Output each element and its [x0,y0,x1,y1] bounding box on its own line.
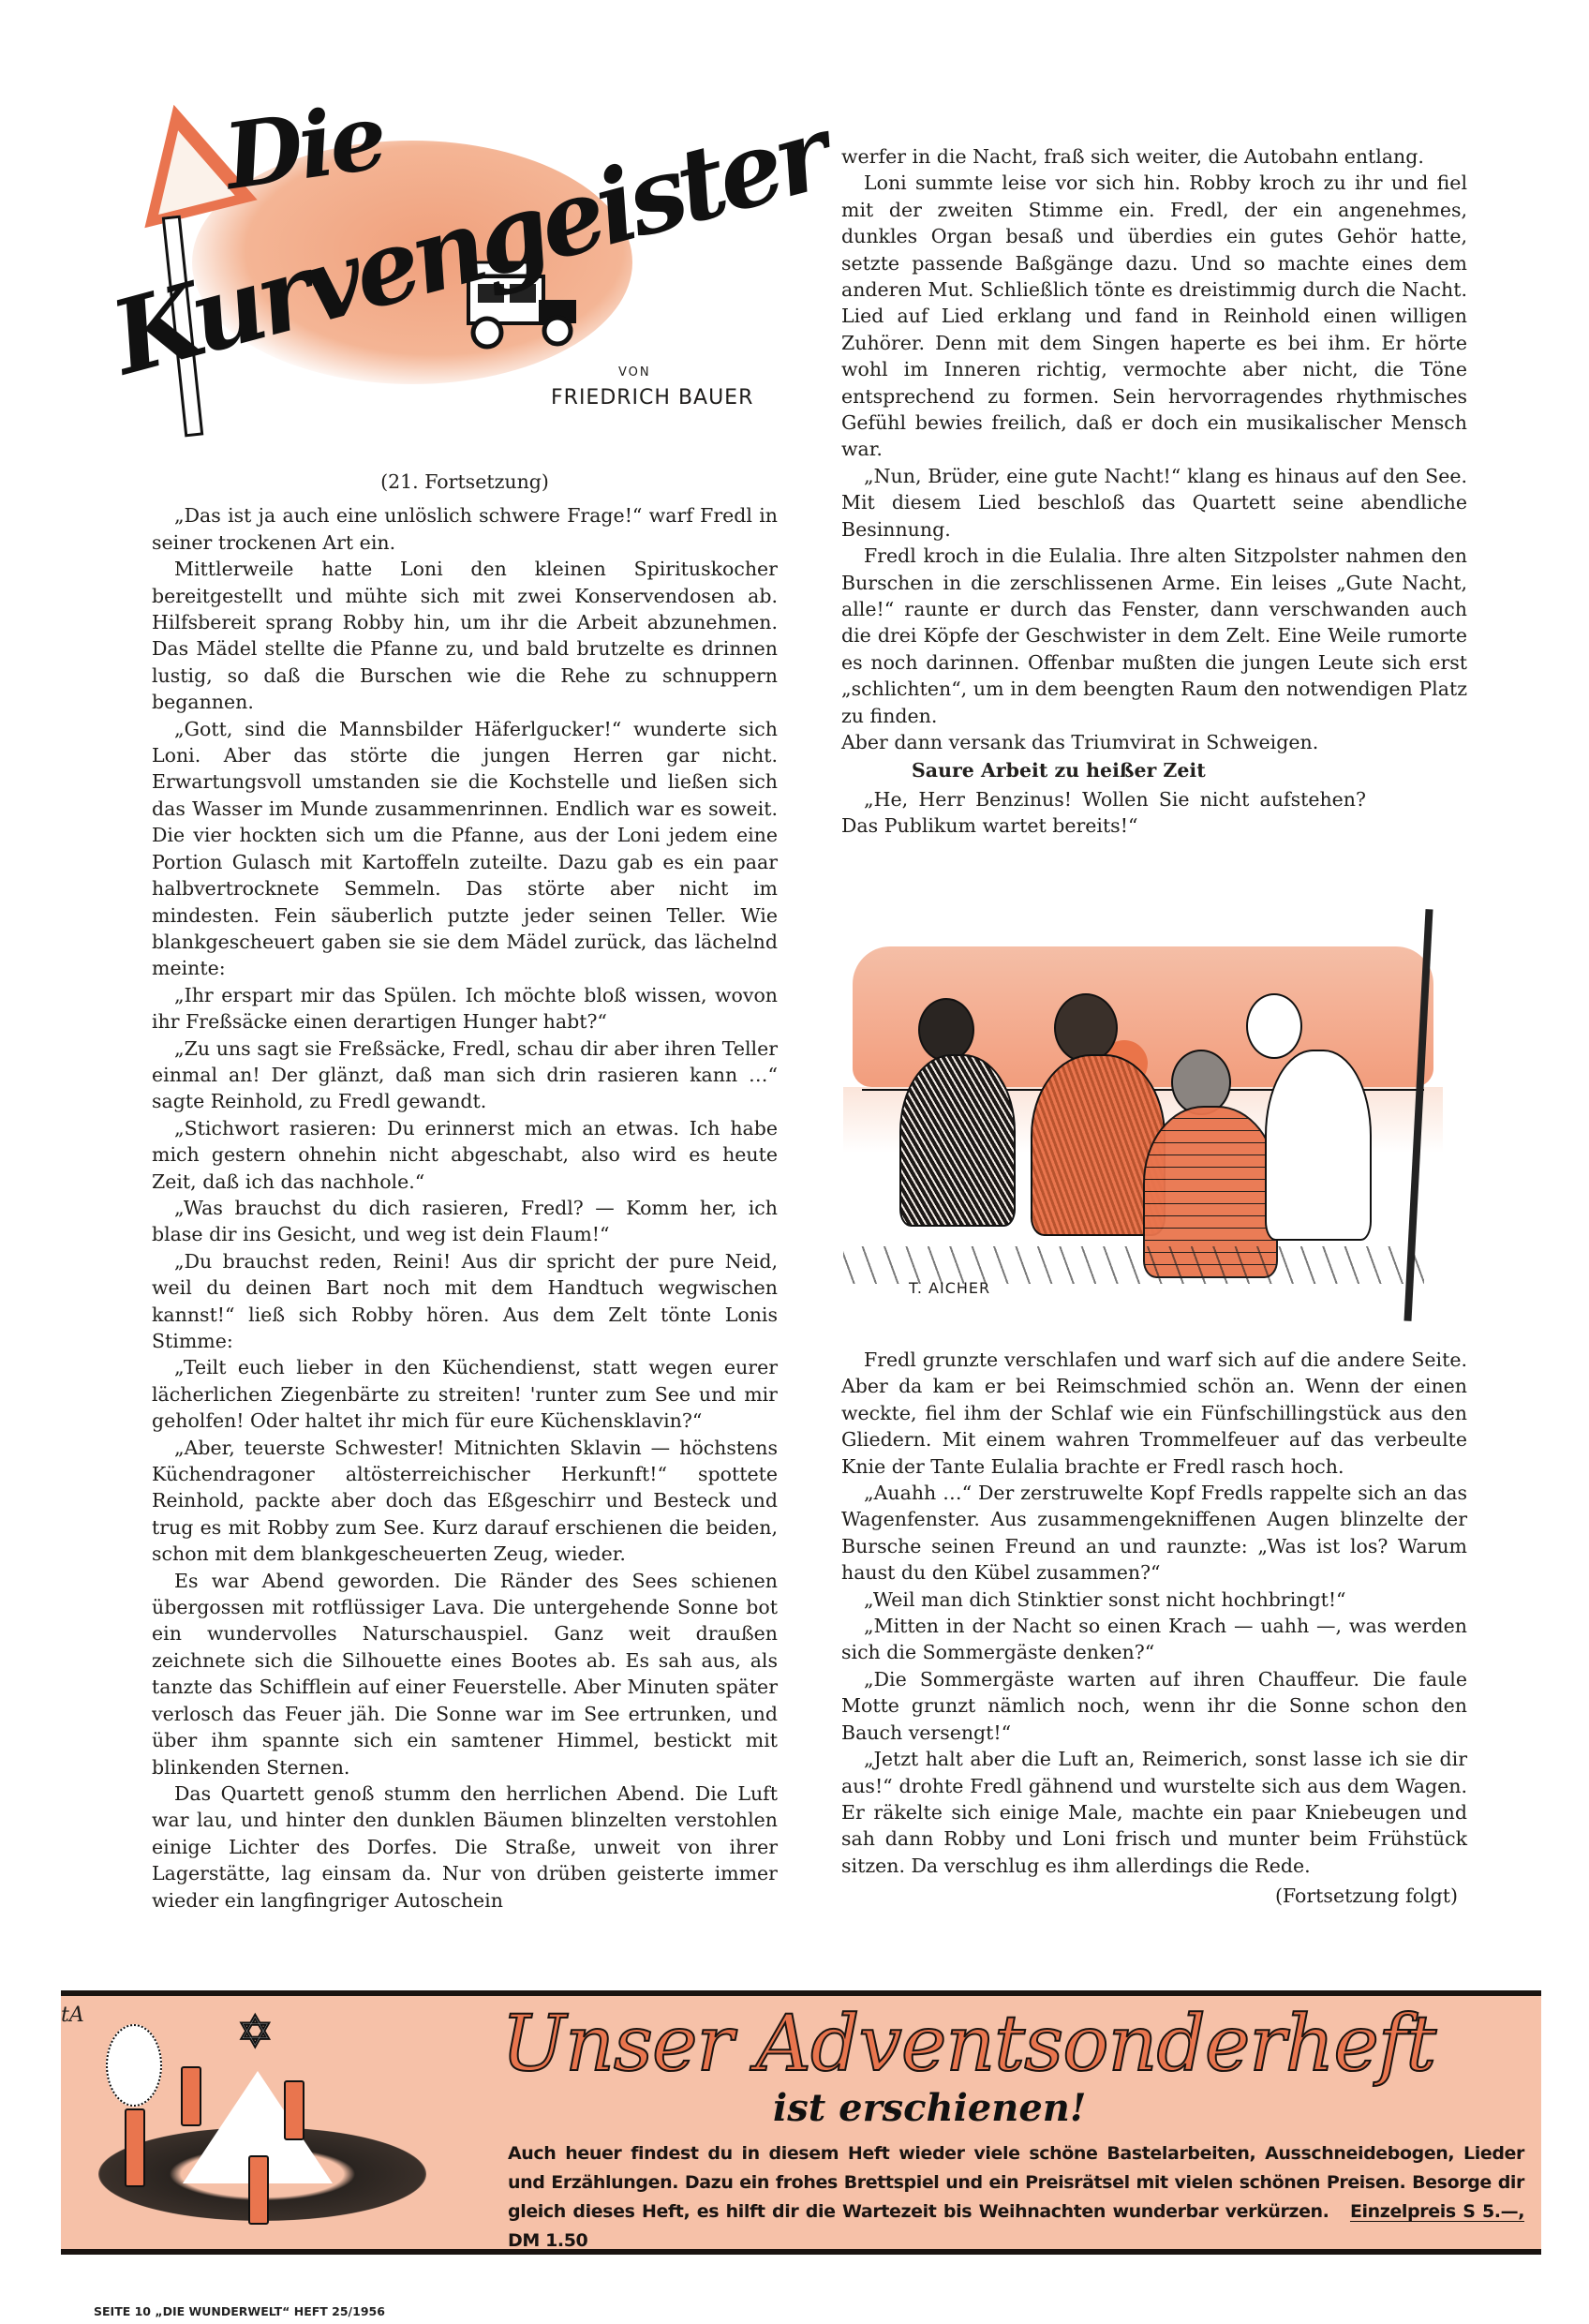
byline-prefix: VON [618,365,651,380]
paragraph: Fredl kroch in die Eulalia. Ihre alten S… [841,543,1467,729]
paragraph: „Zu uns sagt sie Freßsäcke, Fredl, schau… [152,1035,778,1115]
to-be-continued-label: (Fortsetzung folgt) [841,1883,1467,1909]
star-icon: ✡ [237,2011,274,2054]
title-die: Die [218,83,390,210]
paragraph: Aber dann versank das Triumvirat in Schw… [841,729,1366,755]
left-text-column: (21. Fortsetzung) „Das ist ja auch eine … [152,469,778,1914]
candle-glow [106,2024,162,2107]
paragraph: Es war Abend geworden. Die Ränder des Se… [152,1568,778,1780]
candle-icon [181,2066,201,2126]
paragraph: „Weil man dich Stinktier sonst nicht hoc… [841,1587,1467,1613]
candle-icon [248,2155,269,2225]
paragraph: „Stichwort rasieren: Du erinnerst mich a… [152,1115,778,1195]
paragraph: „Mitten in der Nacht so einen Krach — ua… [841,1613,1467,1666]
advent-issue-advertisement: tA ✡ Unser Adventsonderheft ist erschien… [61,1990,1541,2255]
grass [843,1246,1424,1284]
candle-icon [284,2080,304,2140]
person-figure [899,1054,1016,1227]
person-head [918,998,974,1062]
paragraph: „Teilt euch lieber in den Küchendienst, … [152,1354,778,1434]
sunset-illustration: T. AICHER [843,909,1462,1321]
paragraph: „Jetzt halt aber die Luft an, Reimerich,… [841,1746,1467,1879]
page-footer: SEITE 10 „DIE WUNDERWELT“ HEFT 25/1956 [94,2304,385,2318]
right-text-column-bottom: Fredl grunzte verschlafen und warf sich … [841,1347,1467,1910]
paragraph: „Gott, sind die Mannsbilder Häferlgucker… [152,716,778,982]
artist-signature: T. AICHER [909,1279,990,1297]
person-head [1054,993,1118,1063]
paragraph: werfer in die Nacht, fraß sich weiter, d… [841,143,1467,170]
paragraph: „Was brauchst du dich rasieren, Fredl? —… [152,1195,778,1248]
paragraph: „Das ist ja auch eine unlöslich schwere … [152,502,778,556]
paragraph: Loni summte leise vor sich hin. Robby kr… [841,170,1467,462]
paragraph: Das Quartett genoß stumm den herrlichen … [152,1780,778,1914]
continuation-label: (21. Fortsetzung) [152,469,778,495]
paragraph: Fredl grunzte verschlafen und warf sich … [841,1347,1467,1480]
paragraph: „Ihr erspart mir das Spülen. Ich möchte … [152,982,778,1035]
candle-icon [125,2108,145,2187]
paragraph: „Aber, teuerste Schwester! Mitnichten Sk… [152,1435,778,1568]
section-subheading: Saure Arbeit zu heißer Zeit [841,757,1467,783]
person-figure [1265,1050,1372,1241]
right-text-column-top: werfer in die Nacht, fraß sich weiter, d… [841,143,1467,840]
author-name: FRIEDRICH BAUER [551,386,753,410]
paragraph: „Die Sommergäste warten auf ihren Chauff… [841,1666,1467,1746]
paragraph: „He, Herr Benzinus! Wollen Sie nicht auf… [841,786,1366,840]
paragraph: Mittlerweile hatte Loni den kleinen Spir… [152,556,778,715]
paragraph: „Auahh …“ Der zerstruwelte Kopf Fredls r… [841,1480,1467,1587]
paragraph: „Du brauchst reden, Reini! Aus dir spric… [152,1248,778,1355]
advertisement-title: Unser Adventsonderheft [501,2000,1435,2089]
advent-wreath-icon: ✡ [80,2015,445,2240]
paragraph: „Nun, Brüder, eine gute Nacht!“ klang es… [841,463,1467,543]
advertisement-body: Auch heuer findest du in diesem Heft wie… [508,2139,1524,2256]
story-title-logo: Die Kurvengeister VON FRIEDRICH BAUER [94,75,806,450]
advertisement-subtitle: ist erschienen! [773,2086,1086,2130]
person-head [1246,993,1302,1059]
